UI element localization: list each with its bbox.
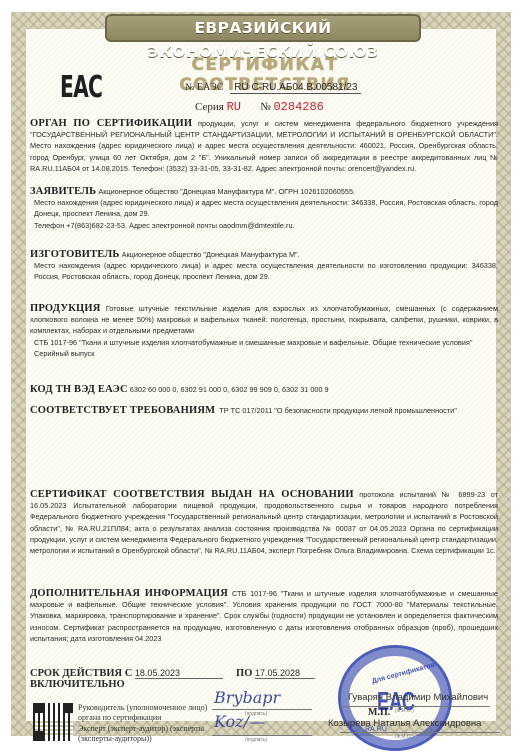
head-signature-line: [212, 709, 312, 710]
certification-body-section: ОРГАН ПО СЕРТИФИКАЦИИ продукции, услуг и…: [30, 118, 498, 174]
number-label: №: [260, 101, 271, 113]
expert-name-line: [340, 732, 500, 733]
validity-to-date: 17.05.2028: [255, 668, 315, 679]
section-text: Готовые штучные текстильные изделия для …: [30, 304, 498, 335]
registration-number: № ЕАЭС RU С-RU.АБ04.В.00581/23: [185, 82, 361, 94]
name-caption: (Ф.И.О.): [395, 708, 414, 714]
section-text: Серийный выпуск: [30, 348, 498, 359]
section-heading: ИЗГОТОВИТЕЛЬ: [30, 249, 120, 260]
series-line: Серия RU № 0284286: [195, 100, 324, 114]
additional-info-section: ДОПОЛНИТЕЛЬНАЯ ИНФОРМАЦИЯ СТБ 1017-96 "Т…: [30, 588, 498, 644]
serial-number: 0284286: [273, 100, 323, 114]
section-text: ТР ТС 017/2011 "О безопасности продукции…: [219, 406, 457, 415]
series-label: Серия: [195, 101, 224, 113]
section-heading: СЕРТИФИКАТ СООТВЕТСТВИЯ ВЫДАН НА ОСНОВАН…: [30, 489, 354, 500]
signature-caption: (подпись): [245, 737, 267, 743]
hs-code-section: КОД ТН ВЭД ЕАЭС 6302 60 000 0, 6302 91 0…: [30, 384, 498, 395]
manufacturer-section: ИЗГОТОВИТЕЛЬ Акционерное общество "Донец…: [30, 249, 498, 283]
name-caption: (Ф.И.О.): [395, 734, 414, 740]
section-text: Телефон +7(863)682-23-53. Адрес электрон…: [30, 220, 498, 231]
signature-caption: (подпись): [245, 711, 267, 717]
section-text: 6302 60 000 0, 6302 91 000 0, 6302 99 90…: [130, 385, 329, 394]
section-text: Место нахождения (адрес юридического лиц…: [30, 197, 498, 219]
head-name: Гуварян Владимир Михайлович: [348, 692, 488, 703]
eac-logo-icon: ЕАС: [60, 70, 102, 105]
product-section: ПРОДУКЦИЯ Готовые штучные текстильные из…: [30, 303, 498, 359]
stamp-text: Для сертификатов: [371, 662, 436, 686]
validity-period: СРОК ДЕЙСТВИЯ С 18.05.2023 ПО 17.05.2028…: [30, 668, 315, 690]
validity-to-label: ПО: [236, 668, 252, 679]
expert-name: Козырева Наталья Александровна: [328, 718, 481, 729]
section-heading: ДОПОЛНИТЕЛЬНАЯ ИНФОРМАЦИЯ: [30, 588, 228, 599]
section-text: Акционерное общество "Донецкая Мануфакту…: [98, 187, 355, 196]
requirements-section: СООТВЕТСТВУЕТ ТРЕБОВАНИЯМ ТР ТС 017/2011…: [30, 405, 498, 416]
section-text: Место нахождения (адрес юридического лиц…: [30, 260, 498, 282]
section-heading: ПРОДУКЦИЯ: [30, 303, 101, 314]
expert-role-label: Эксперт (эксперт-аудитор) (эксперты (экс…: [78, 724, 218, 743]
expert-signature-line: [212, 735, 312, 736]
seal-mark: М.П.: [368, 707, 390, 718]
union-banner: ЕВРАЗИЙСКИЙ ЭКОНОМИЧЕСКИЙ СОЮЗ: [105, 14, 421, 42]
head-role-label: Руководитель (уполномоченное лицо) орган…: [78, 703, 208, 722]
section-text: Акционерное общество "Донецкая Мануфакту…: [122, 250, 300, 259]
section-text: протокола испытаний № 6899-23 от 16.05.2…: [30, 490, 498, 555]
validity-from-label: СРОК ДЕЙСТВИЯ С: [30, 668, 132, 679]
section-heading: СООТВЕТСТВУЕТ ТРЕБОВАНИЯМ: [30, 405, 215, 416]
section-heading: КОД ТН ВЭД ЕАЭС: [30, 384, 128, 395]
registration-value: RU С-RU.АБ04.В.00581/23: [230, 82, 361, 94]
head-name-line: [340, 706, 490, 707]
validity-from-date: 18.05.2023: [135, 668, 223, 679]
basis-section: СЕРТИФИКАТ СООТВЕТСТВИЯ ВЫДАН НА ОСНОВАН…: [30, 489, 498, 556]
registration-label: № ЕАЭС: [185, 82, 223, 93]
qr-code-icon: [33, 703, 73, 741]
section-heading: ЗАЯВИТЕЛЬ: [30, 186, 96, 197]
validity-inclusive-label: ВКЛЮЧИТЕЛЬНО: [30, 679, 125, 690]
head-signature: Вrybapr: [214, 688, 280, 707]
series-value: RU: [227, 100, 241, 114]
applicant-section: ЗАЯВИТЕЛЬ Акционерное общество "Донецкая…: [30, 186, 498, 231]
section-heading: ОРГАН ПО СЕРТИФИКАЦИИ: [30, 118, 192, 129]
section-text: СТБ 1017-96 "Ткани и штучные изделия хло…: [30, 337, 498, 348]
